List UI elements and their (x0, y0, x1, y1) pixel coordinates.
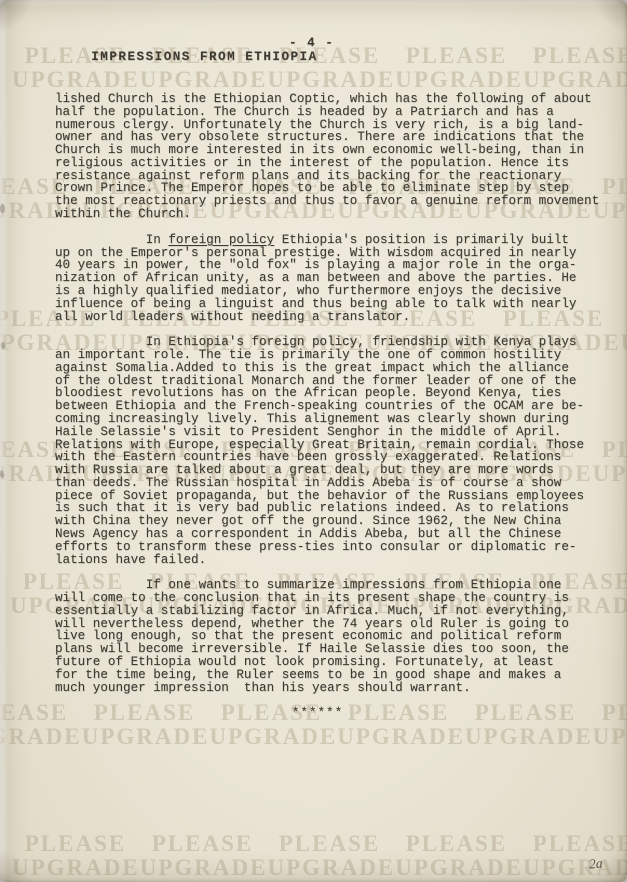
paragraph: In Ethiopia's foreign policy, friendship… (55, 336, 615, 566)
document-header: IMPRESSIONS FROM ETHIOPIA - 4 - (55, 36, 318, 92)
watermark-word: UPGRADE (209, 725, 337, 749)
watermark-word: UPGRADE (0, 725, 82, 749)
end-divider: ****** (55, 707, 580, 720)
handwritten-page-number: 2a (588, 855, 603, 872)
watermark-word: UPGRADE (395, 68, 523, 92)
corner-shadow-top-right (589, 0, 627, 38)
watermark-word: UPGRADE (82, 725, 210, 749)
watermark-row: UPGRADEUPGRADEUPGRADEUPGRADEUPGRADEUPGRA… (12, 856, 627, 880)
watermark-word: UPGRADE (523, 68, 627, 92)
document-body: lished Church is the Ethiopian Coptic, w… (55, 93, 615, 720)
paragraph: lished Church is the Ethiopian Coptic, w… (55, 93, 615, 221)
watermark-word: UPGRADE (523, 856, 627, 880)
scan-speck (0, 204, 5, 213)
watermark-row: PLEASEPLEASEPLEASEPLEASEPLEASEPLEASEPLEA… (12, 832, 627, 856)
watermark-word: PLEASE (266, 832, 393, 856)
watermark-word: UPGRADE (140, 856, 268, 880)
watermark-word: PLEASE (617, 307, 627, 331)
watermark-word: UPGRADE (267, 856, 395, 880)
watermark-word: PLEASE (393, 832, 520, 856)
watermark-word: UPGRADE (337, 725, 465, 749)
corner-shadow-bottom-left (0, 844, 38, 882)
underlined-phrase: foreign policy (168, 233, 274, 247)
watermark-word: PLEASE (393, 44, 520, 68)
paragraph: In foreign policy Ethiopia's position is… (55, 234, 615, 323)
watermark-word: UPGRADE (593, 725, 627, 749)
watermark-word: PLEASE (520, 832, 627, 856)
paper-page: PLEASEPLEASEPLEASEPLEASEPLEASEPLEASEPLEA… (0, 0, 627, 882)
header-page-marker: - 4 - (289, 36, 334, 50)
watermark-word: PLEASE (139, 832, 266, 856)
watermark-word: PLEASE (12, 832, 139, 856)
scan-speck (0, 470, 4, 478)
watermark-word: PLEASE (520, 44, 627, 68)
watermark-word: UPGRADE (465, 725, 593, 749)
watermark-word: UPGRADE (395, 856, 523, 880)
watermark-word: UPGRADE (12, 856, 140, 880)
document-title: IMPRESSIONS FROM ETHIOPIA (91, 50, 317, 64)
corner-shadow-top-left (0, 0, 38, 38)
page-left-edge-highlight (0, 0, 8, 882)
watermark-row: UPGRADEUPGRADEUPGRADEUPGRADEUPGRADEUPGRA… (0, 725, 627, 749)
scan-speck (1, 342, 5, 349)
paragraph: If one wants to summarize impressions fr… (55, 579, 615, 694)
watermark-word: UPGRADE (621, 331, 627, 355)
page-top-edge-highlight (0, 0, 627, 6)
